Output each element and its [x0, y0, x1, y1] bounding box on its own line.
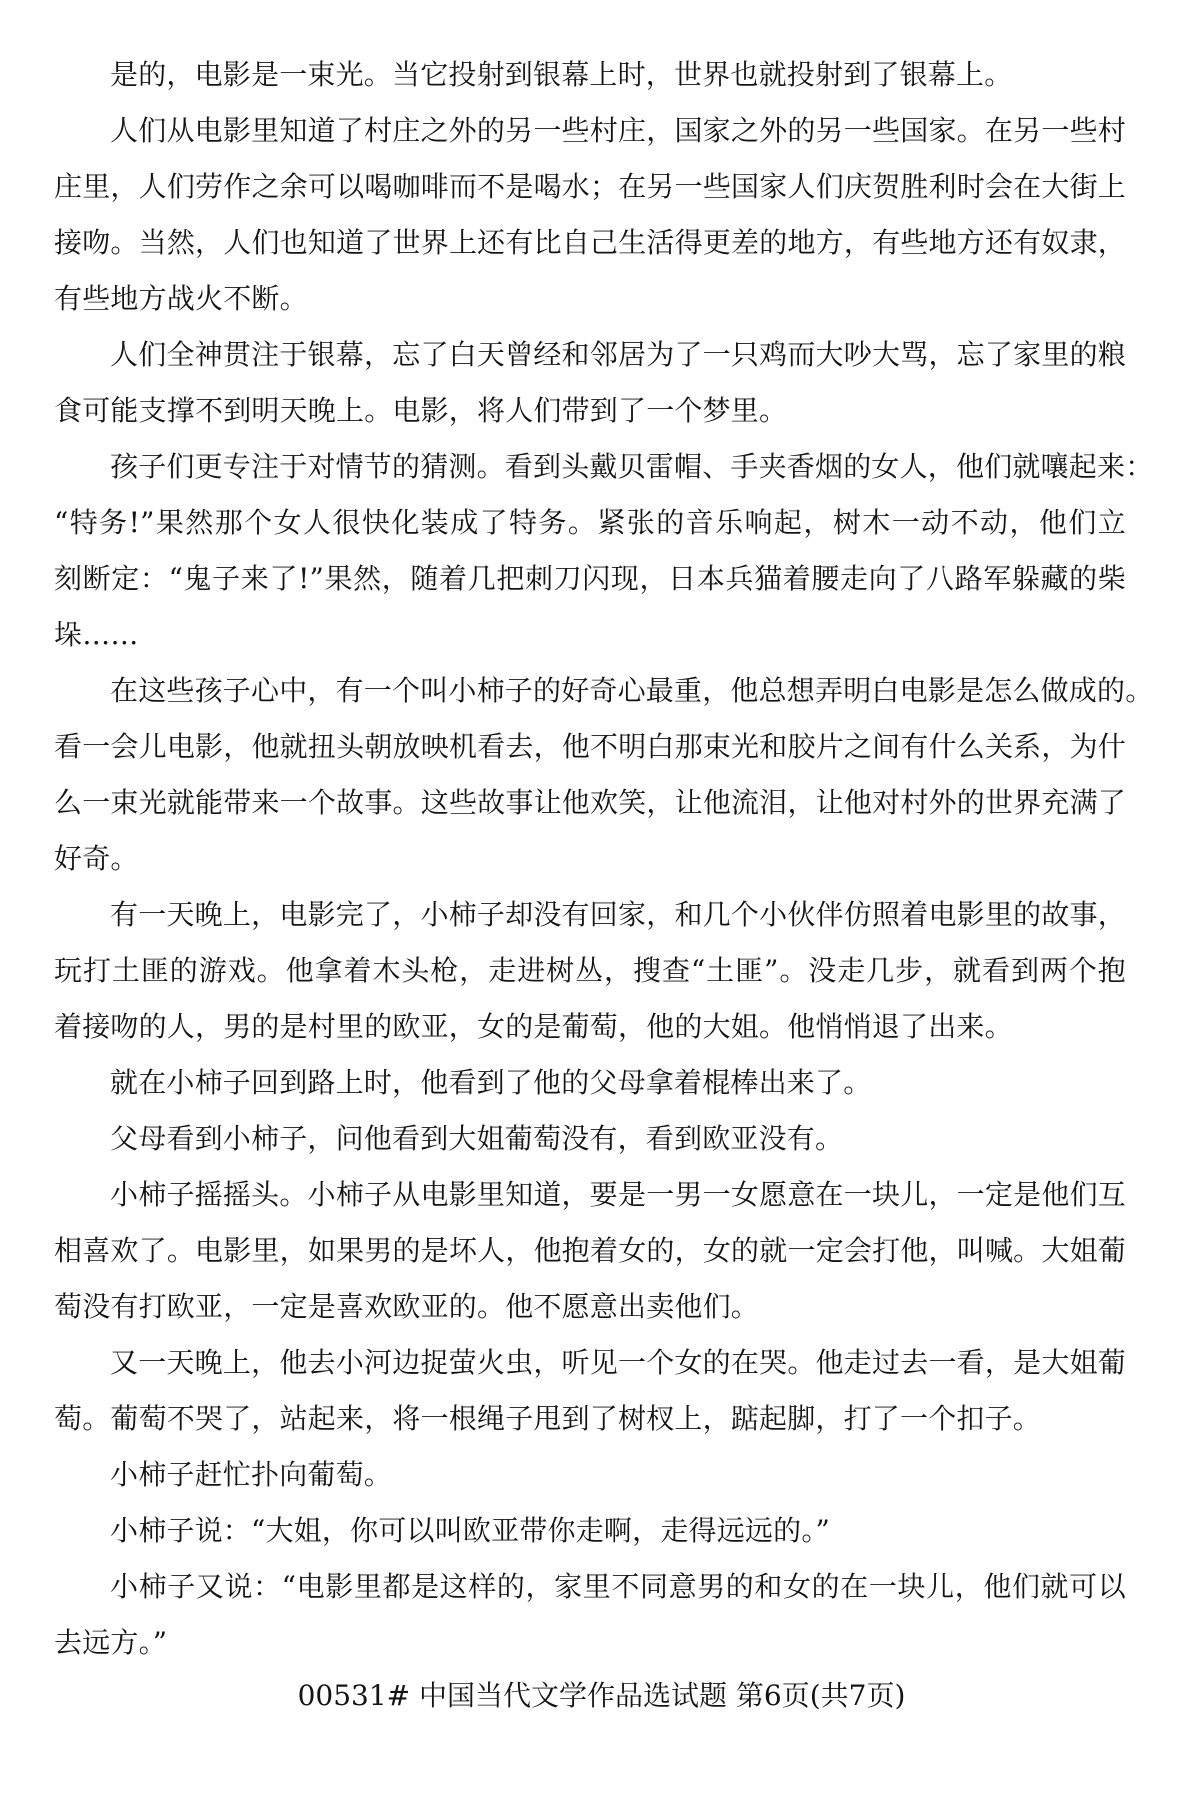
text-line: 在这些孩子心中，有一个叫小柿子的好奇心最重，他总想弄明白电影是怎么做成的。	[54, 663, 1126, 719]
paragraph: 小柿子说：“大姐，你可以叫欧亚带你走啊，走得远远的。”	[54, 1503, 1126, 1559]
text-line: 好奇。	[54, 831, 1126, 887]
text-line: 孩子们更专注于对情节的猜测。看到头戴贝雷帽、手夹香烟的女人，他们就嚷起来：	[54, 439, 1126, 495]
text-line: 又一天晚上，他去小河边捉萤火虫，听见一个女的在哭。他走过去一看，是大姐葡	[54, 1335, 1126, 1391]
text-line: 有一天晚上，电影完了，小柿子却没有回家，和几个小伙伴仿照着电影里的故事，	[54, 887, 1126, 943]
paragraph: 人们从电影里知道了村庄之外的另一些村庄，国家之外的另一些国家。在另一些村庄里，人…	[54, 103, 1126, 327]
text-line: 是的，电影是一束光。当它投射到银幕上时，世界也就投射到了银幕上。	[54, 47, 1126, 103]
text-line: 萄没有打欧亚，一定是喜欢欧亚的。他不愿意出卖他们。	[54, 1279, 1126, 1335]
text-line: 人们从电影里知道了村庄之外的另一些村庄，国家之外的另一些国家。在另一些村	[54, 103, 1126, 159]
paragraph: 孩子们更专注于对情节的猜测。看到头戴贝雷帽、手夹香烟的女人，他们就嚷起来：“特务…	[54, 439, 1126, 663]
text-line: 相喜欢了。电影里，如果男的是坏人，他抱着女的，女的就一定会打他，叫喊。大姐葡	[54, 1223, 1126, 1279]
text-line: 垛……	[54, 607, 1126, 663]
text-line: 有些地方战火不断。	[54, 271, 1126, 327]
text-line: 萄。葡萄不哭了，站起来，将一根绳子甩到了树杈上，踮起脚，打了一个扣子。	[54, 1391, 1126, 1447]
text-line: 庄里，人们劳作之余可以喝咖啡而不是喝水；在另一些国家人们庆贺胜利时会在大街上	[54, 159, 1126, 215]
text-line: 玩打土匪的游戏。他拿着木头枪，走进树丛，搜查“土匪”。没走几步，就看到两个抱	[54, 943, 1126, 999]
paragraph: 小柿子又说：“电影里都是这样的，家里不同意男的和女的在一块儿，他们就可以去远方。…	[54, 1559, 1126, 1671]
text-line: 接吻。当然，人们也知道了世界上还有比自己生活得更差的地方，有些地方还有奴隶，	[54, 215, 1126, 271]
text-line: 父母看到小柿子，问他看到大姐葡萄没有，看到欧亚没有。	[54, 1111, 1126, 1167]
text-line: 就在小柿子回到路上时，他看到了他的父母拿着棍棒出来了。	[54, 1055, 1126, 1111]
text-line: 人们全神贯注于银幕，忘了白天曾经和邻居为了一只鸡而大吵大骂，忘了家里的粮	[54, 327, 1126, 383]
exam-paper-page: 是的，电影是一束光。当它投射到银幕上时，世界也就投射到了银幕上。人们从电影里知道…	[0, 0, 1203, 1798]
text-line: 去远方。”	[54, 1615, 1126, 1671]
paragraph: 人们全神贯注于银幕，忘了白天曾经和邻居为了一只鸡而大吵大骂，忘了家里的粮食可能支…	[54, 327, 1126, 439]
text-line: 着接吻的人，男的是村里的欧亚，女的是葡萄，他的大姐。他悄悄退了出来。	[54, 999, 1126, 1055]
text-line: 食可能支撑不到明天晚上。电影，将人们带到了一个梦里。	[54, 383, 1126, 439]
paragraph: 在这些孩子心中，有一个叫小柿子的好奇心最重，他总想弄明白电影是怎么做成的。看一会…	[54, 663, 1126, 887]
document-body: 是的，电影是一束光。当它投射到银幕上时，世界也就投射到了银幕上。人们从电影里知道…	[54, 47, 1126, 1671]
text-line: 小柿子摇摇头。小柿子从电影里知道，要是一男一女愿意在一块儿，一定是他们互	[54, 1167, 1126, 1223]
paragraph: 小柿子摇摇头。小柿子从电影里知道，要是一男一女愿意在一块儿，一定是他们互相喜欢了…	[54, 1167, 1126, 1335]
paragraph: 有一天晚上，电影完了，小柿子却没有回家，和几个小伙伴仿照着电影里的故事，玩打土匪…	[54, 887, 1126, 1055]
text-line: “特务!”果然那个女人很快化装成了特务。紧张的音乐响起，树木一动不动，他们立	[54, 495, 1126, 551]
text-line: 么一束光就能带来一个故事。这些故事让他欢笑，让他流泪，让他对村外的世界充满了	[54, 775, 1126, 831]
text-line: 小柿子说：“大姐，你可以叫欧亚带你走啊，走得远远的。”	[54, 1503, 1126, 1559]
text-line: 小柿子又说：“电影里都是这样的，家里不同意男的和女的在一块儿，他们就可以	[54, 1559, 1126, 1615]
paragraph: 就在小柿子回到路上时，他看到了他的父母拿着棍棒出来了。	[54, 1055, 1126, 1111]
text-line: 小柿子赶忙扑向葡萄。	[54, 1447, 1126, 1503]
paragraph: 是的，电影是一束光。当它投射到银幕上时，世界也就投射到了银幕上。	[54, 47, 1126, 103]
text-line: 刻断定：“鬼子来了!”果然，随着几把刺刀闪现，日本兵猫着腰走向了八路军躲藏的柴	[54, 551, 1126, 607]
paragraph: 小柿子赶忙扑向葡萄。	[54, 1447, 1126, 1503]
text-line: 看一会儿电影，他就扭头朝放映机看去，他不明白那束光和胶片之间有什么关系，为什	[54, 719, 1126, 775]
paragraph: 又一天晚上，他去小河边捉萤火虫，听见一个女的在哭。他走过去一看，是大姐葡萄。葡萄…	[54, 1335, 1126, 1447]
paragraph: 父母看到小柿子，问他看到大姐葡萄没有，看到欧亚没有。	[54, 1111, 1126, 1167]
page-footer: 00531# 中国当代文学作品选试题 第6页(共7页)	[0, 1676, 1203, 1716]
